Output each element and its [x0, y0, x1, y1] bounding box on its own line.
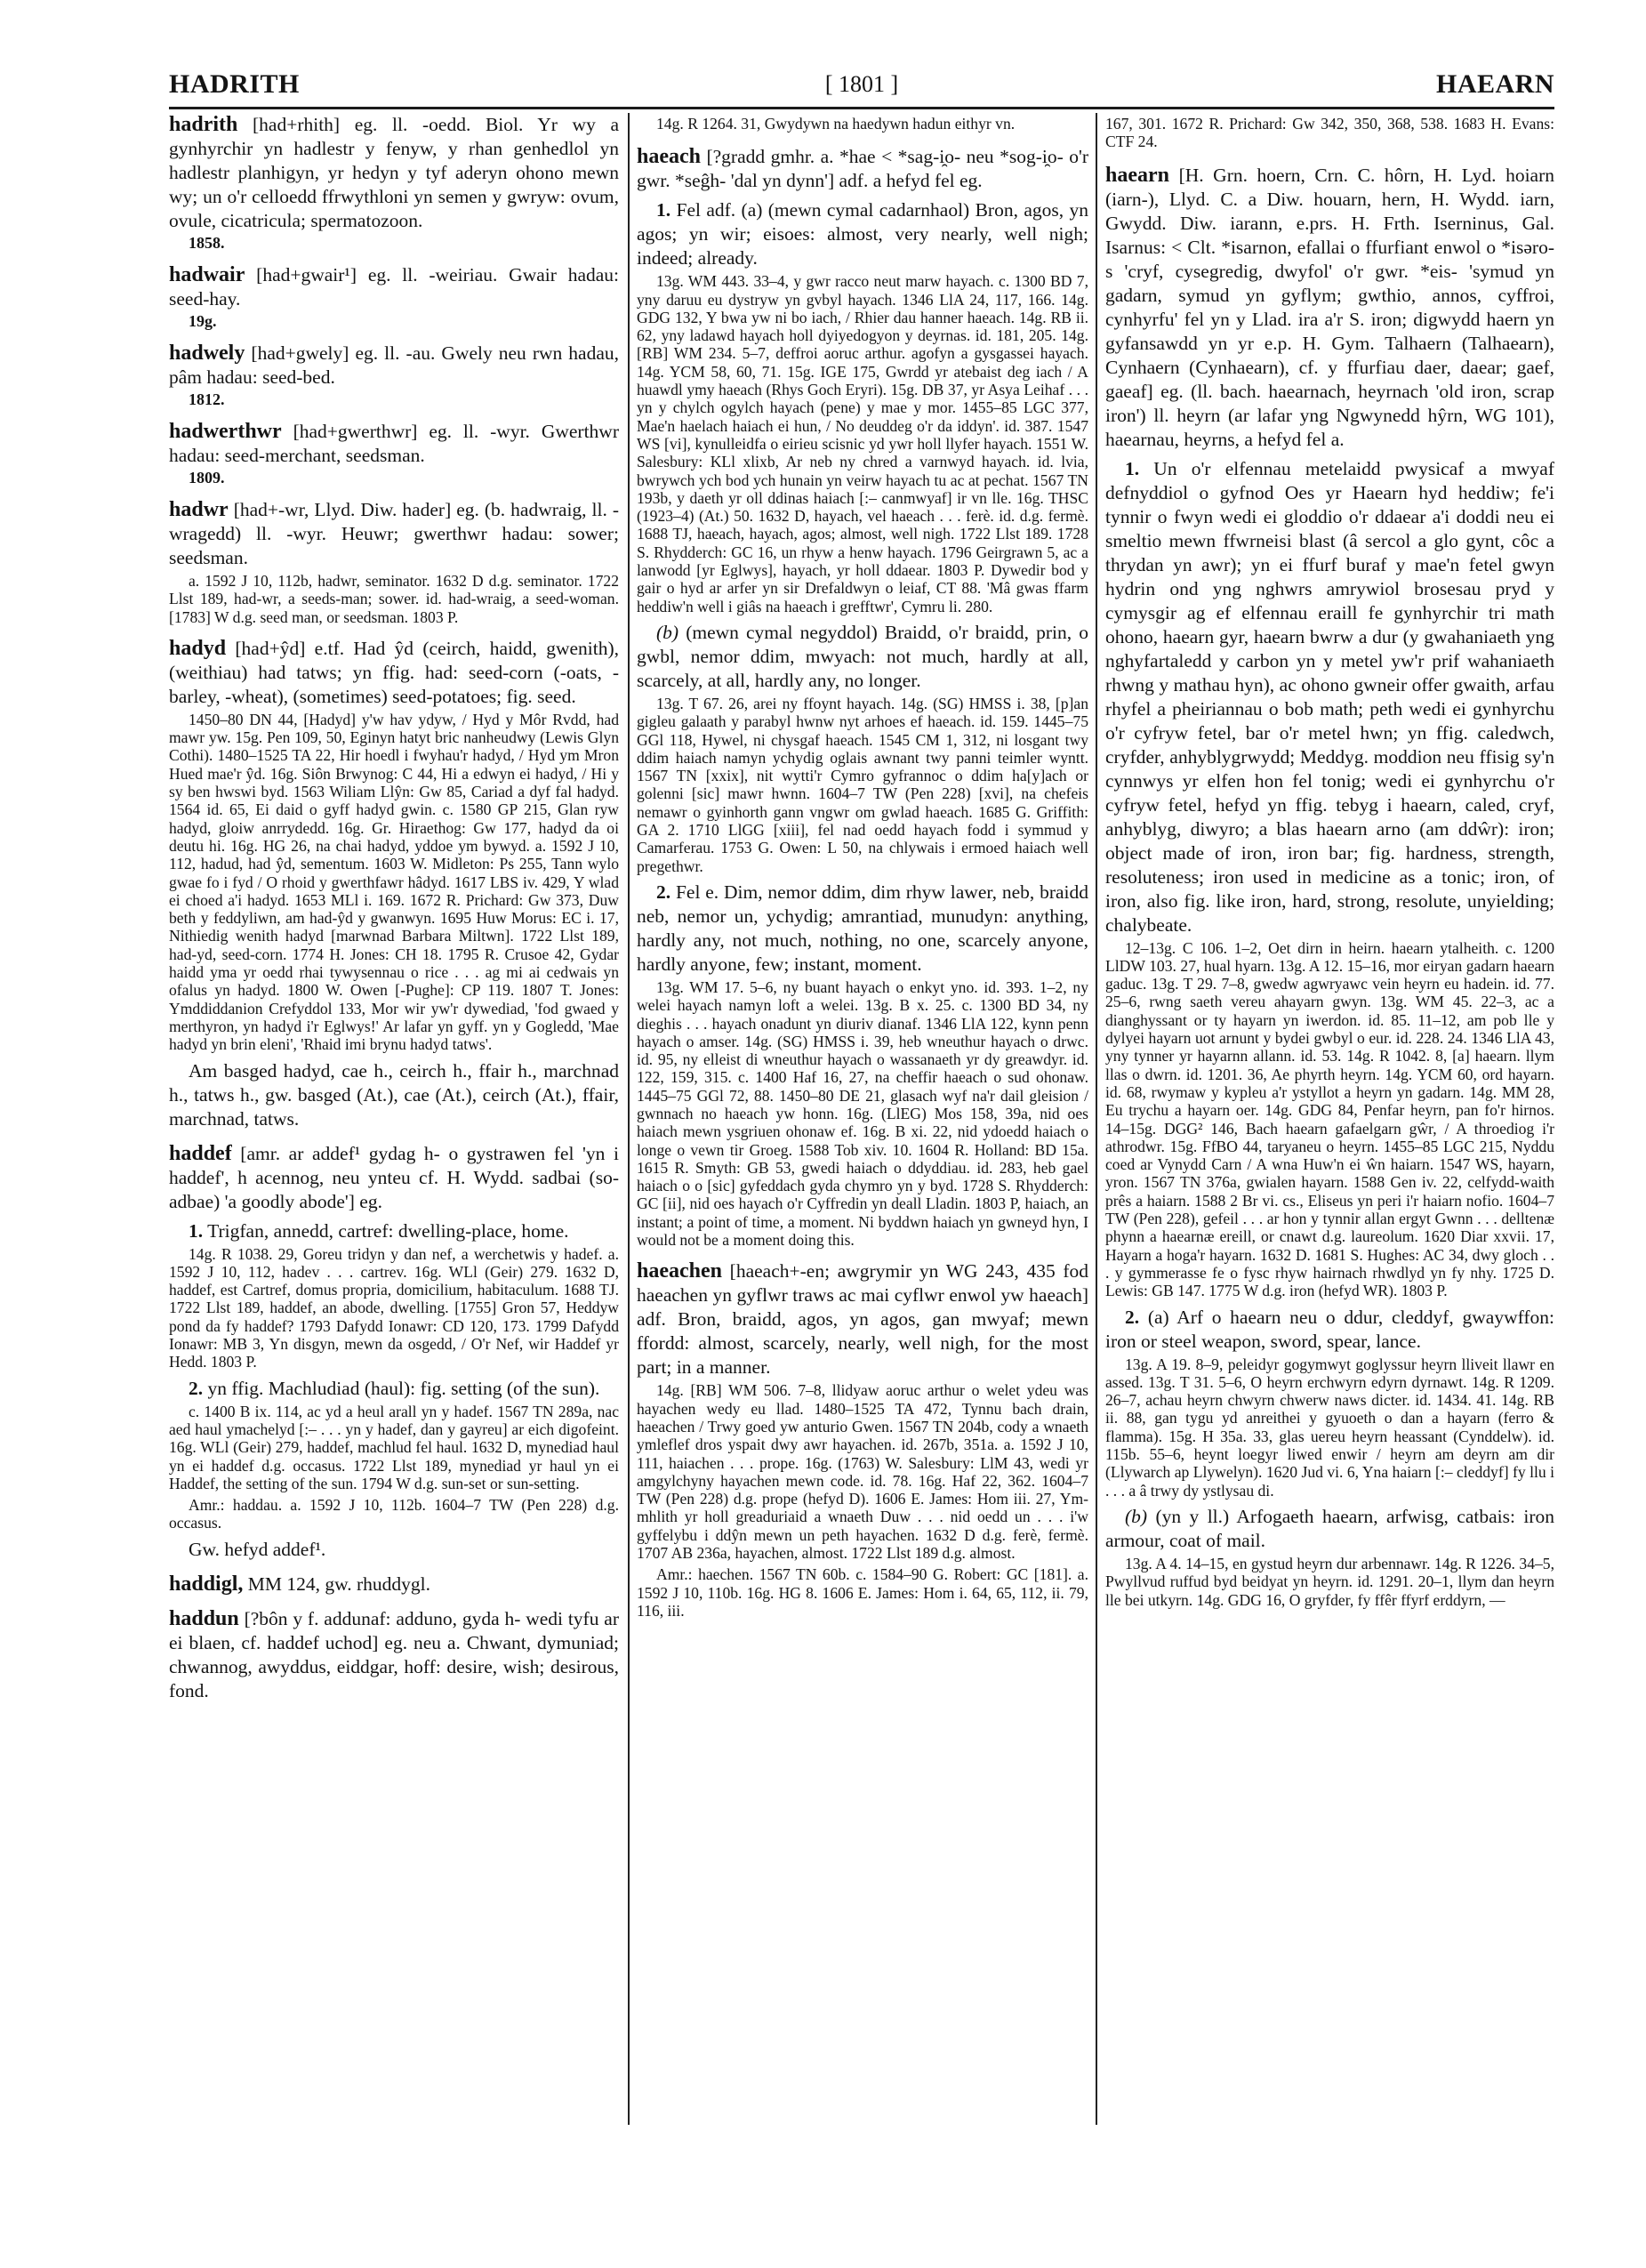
sense-1b: (b) (mewn cymal negyddol) Braidd, o'r br…	[637, 621, 1088, 693]
variant-forms: Amr.: haechen. 1567 TN 60b. c. 1584–90 G…	[637, 1565, 1088, 1620]
sense-2b: (b) (yn y ll.) Arfogaeth haearn, arfwisg…	[1105, 1505, 1554, 1553]
definition: [amr. ar addef¹ gydag h- o gystrawen fel…	[169, 1143, 619, 1212]
citations: 13g. WM 17. 5–6, ny buant hayach o enkyt…	[637, 978, 1088, 1249]
page-number: [ 1801 ]	[169, 71, 1554, 98]
headword: haearn	[1105, 164, 1169, 187]
first-date: 1858.	[189, 233, 619, 253]
sense-2: 2. Fel e. Dim, nemor ddim, dim rhyw lawe…	[637, 881, 1088, 977]
column-left: hadrith [had+rhith] eg. ll. -oedd. Biol.…	[169, 113, 628, 2086]
sense-1a: 1. Fel adf. (a) (mewn cymal cadarnhaol) …	[637, 198, 1088, 270]
headword: hadyd	[169, 637, 226, 660]
first-date: 1809.	[189, 468, 619, 487]
entry-haddun: haddun [?bôn y f. addunaf: adduno, gyda …	[169, 1607, 619, 1703]
sense-number: 1.	[1125, 458, 1139, 479]
citations: 13g. T 67. 26, arei ny ffoynt hayach. 14…	[637, 695, 1088, 875]
right-guide-word: HAEARN	[1436, 69, 1554, 100]
citations: c. 1400 B ix. 114, ac yd a heul arall yn…	[169, 1403, 619, 1492]
sense-2: 2. yn ffig. Machludiad (haul): fig. sett…	[169, 1377, 619, 1401]
entry-haeachen: haeachen [haeach+-en; awgrymir yn WG 243…	[637, 1259, 1088, 1620]
headword: hadwair	[169, 263, 245, 286]
definition: [had+-wr, Llyd. Diw. hader] eg. (b. hadw…	[169, 499, 619, 568]
entry-hadyd: hadyd [had+ŷd] e.tf. Had ŷd (ceirch, hai…	[169, 637, 619, 1131]
sense-number: 2.	[656, 881, 670, 903]
sense-text: yn ffig. Machludiad (haul): fig. setting…	[208, 1378, 600, 1399]
headword: haeach	[637, 145, 701, 168]
sense-number: (b)	[1125, 1506, 1147, 1527]
sense-number: 1.	[656, 199, 670, 221]
entry-haddigl: haddigl, MM 124, gw. rhuddygl.	[169, 1572, 619, 1596]
running-head: HADRITH [ 1801 ] HAEARN	[169, 69, 1554, 105]
sense-number: 1.	[189, 1220, 203, 1242]
sense-text: (mewn cymal negyddol) Braidd, o'r braidd…	[637, 622, 1088, 691]
sense-text: (yn y ll.) Arfogaeth haearn, arfwisg, ca…	[1105, 1506, 1554, 1551]
headword: hadrith	[169, 113, 237, 136]
definition: [had+ŷd] e.tf. Had ŷd (ceirch, haidd, gw…	[169, 638, 619, 707]
citations: 12–13g. C 106. 1–2, Oet dirn in heirn. h…	[1105, 939, 1554, 1300]
citations: 13g. A 4. 14–15, en gystud heyrn dur arb…	[1105, 1555, 1554, 1609]
sense-number: 2.	[1125, 1307, 1139, 1328]
sense-text: Trigfan, annedd, cartref: dwelling-place…	[207, 1220, 568, 1242]
first-date: 1812.	[189, 390, 619, 409]
sense-number: (b)	[656, 622, 678, 643]
citations: a. 1592 J 10, 112b, hadwr, seminator. 16…	[169, 572, 619, 626]
entry-hadrith: hadrith [had+rhith] eg. ll. -oedd. Biol.…	[169, 113, 619, 253]
columns: hadrith [had+rhith] eg. ll. -oedd. Biol.…	[169, 113, 1554, 2086]
sense-text: (a) Arf o haearn neu o ddur, cleddyf, gw…	[1105, 1307, 1554, 1352]
definition: [H. Grn. hoern, Crn. C. hôrn, H. Lyd. ho…	[1105, 165, 1554, 450]
citations: 14g. [RB] WM 506. 7–8, llidyaw aoruc art…	[637, 1381, 1088, 1562]
headword: hadwely	[169, 342, 245, 365]
see-also: Gw. hefyd addef¹.	[169, 1538, 619, 1562]
headword: hadwerthwr	[169, 420, 282, 443]
header-rule	[169, 107, 1554, 109]
cross-reference-note: Am basged hadyd, cae h., ceirch h., ffai…	[169, 1059, 619, 1131]
definition: MM 124, gw. rhuddygl.	[248, 1573, 430, 1595]
entry-hadwair: hadwair [had+gwair¹] eg. ll. -weiriau. G…	[169, 263, 619, 331]
continued-citations: 167, 301. 1672 R. Prichard: Gw 342, 350,…	[1105, 115, 1554, 151]
sense-text: Fel e. Dim, nemor ddim, dim rhyw lawer, …	[637, 881, 1088, 975]
sense-text: Un o'r elfennau metelaidd pwysicaf a mwy…	[1105, 458, 1554, 936]
entry-haeach: haeach [?gradd gmhr. a. *hae < *sag-i̯o-…	[637, 145, 1088, 1249]
definition: [?gradd gmhr. a. *hae < *sag-i̯o- neu *s…	[637, 146, 1088, 191]
column-right: 167, 301. 1672 R. Prichard: Gw 342, 350,…	[1097, 113, 1554, 2086]
sense-text: Fel adf. (a) (mewn cymal cadarnhaol) Bro…	[637, 199, 1088, 269]
headword: haddigl,	[169, 1572, 243, 1596]
entry-hadwr: hadwr [had+-wr, Llyd. Diw. hader] eg. (b…	[169, 498, 619, 626]
column-middle: 14g. R 1264. 31, Gwydywn na haedywn hadu…	[628, 113, 1097, 2125]
sense-number: 2.	[189, 1378, 203, 1399]
citations: 13g. A 19. 8–9, peleidyr gogymwyt goglys…	[1105, 1355, 1554, 1500]
entry-haearn: haearn [H. Grn. hoern, Crn. C. hôrn, H. …	[1105, 164, 1554, 1609]
continued-citations: 14g. R 1264. 31, Gwydywn na haedywn hadu…	[637, 115, 1088, 133]
headword: haddef	[169, 1142, 232, 1165]
entry-hadwerthwr: hadwerthwr [had+gwerthwr] eg. ll. -wyr. …	[169, 420, 619, 487]
headword: hadwr	[169, 498, 229, 521]
first-date: 19g.	[189, 311, 619, 331]
citations: 13g. WM 443. 33–4, y gwr racco neut marw…	[637, 272, 1088, 615]
entry-haddef: haddef [amr. ar addef¹ gydag h- o gystra…	[169, 1142, 619, 1562]
variant-forms: Amr.: haddau. a. 1592 J 10, 112b. 1604–7…	[169, 1496, 619, 1532]
headword: haddun	[169, 1607, 239, 1630]
dictionary-page: HADRITH [ 1801 ] HAEARN hadrith [had+rhi…	[169, 69, 1554, 2086]
sense-1: 1. Trigfan, annedd, cartref: dwelling-pl…	[169, 1219, 619, 1243]
sense-2a: 2. (a) Arf o haearn neu o ddur, cleddyf,…	[1105, 1306, 1554, 1354]
citations: 1450–80 DN 44, [Hadyd] y'w hav ydyw, / H…	[169, 711, 619, 1054]
headword: haeachen	[637, 1259, 722, 1283]
citations: 14g. R 1038. 29, Goreu tridyn y dan nef,…	[169, 1245, 619, 1371]
entry-hadwely: hadwely [had+gwely] eg. ll. -au. Gwely n…	[169, 342, 619, 409]
sense-1: 1. Un o'r elfennau metelaidd pwysicaf a …	[1105, 457, 1554, 937]
